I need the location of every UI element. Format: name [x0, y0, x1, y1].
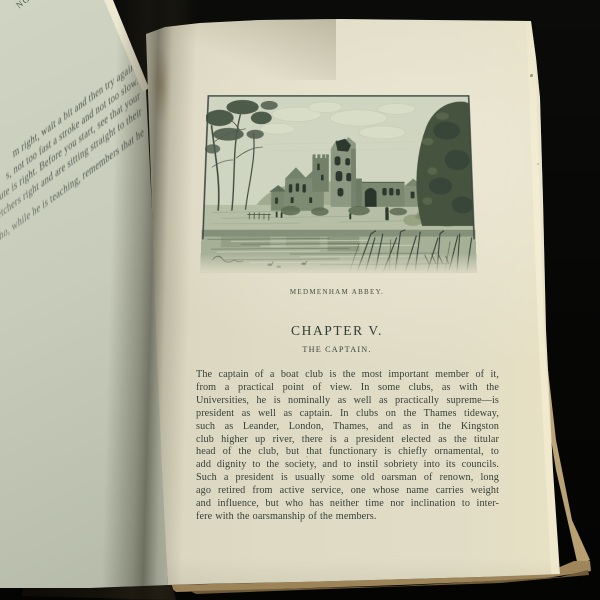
paragraph-line: fere with the oarsmanship of the members…: [196, 511, 499, 524]
paragraph-line: from a practical point of view. In some …: [196, 382, 499, 395]
left-page-running-head-fragment: NG.: [14, 0, 35, 10]
foxing-speck: [530, 74, 533, 77]
chapter-heading: CHAPTER V.: [187, 323, 487, 339]
paragraph-line: such as Leander, London, Thames, and as …: [196, 421, 499, 434]
paragraph-line: head of the club, but that functionary i…: [196, 446, 499, 459]
gutter-crease-shadow: [101, 0, 198, 600]
paragraph-line: ago retired from active service, one who…: [196, 485, 499, 498]
body-paragraph: The captain of a boat club is the most i…: [196, 369, 499, 524]
abbey-engraving-illustration: [200, 94, 477, 273]
paragraph-line: Universities, he is nominally as well as…: [196, 395, 499, 408]
foxing-speck: [537, 163, 539, 165]
abbey-engraving: [200, 94, 477, 273]
paragraph-line: The captain of a boat club is the most i…: [196, 369, 499, 382]
paragraph-line: president as well as captain. In clubs o…: [196, 408, 499, 421]
paragraph-line: and influence, but who has neither time …: [196, 498, 499, 511]
section-heading: THE CAPTAIN.: [187, 345, 487, 354]
paragraph-line: Such a president is usually some old oar…: [196, 472, 499, 485]
paragraph-line: add dignity to the society, and to insti…: [196, 459, 499, 472]
open-book-photo: NG. m right, wait a bit and then try aga…: [0, 0, 600, 600]
paragraph-line: club higher up river, there is a preside…: [196, 434, 499, 447]
engraving-caption: MEDMENHAM ABBEY.: [187, 288, 487, 296]
